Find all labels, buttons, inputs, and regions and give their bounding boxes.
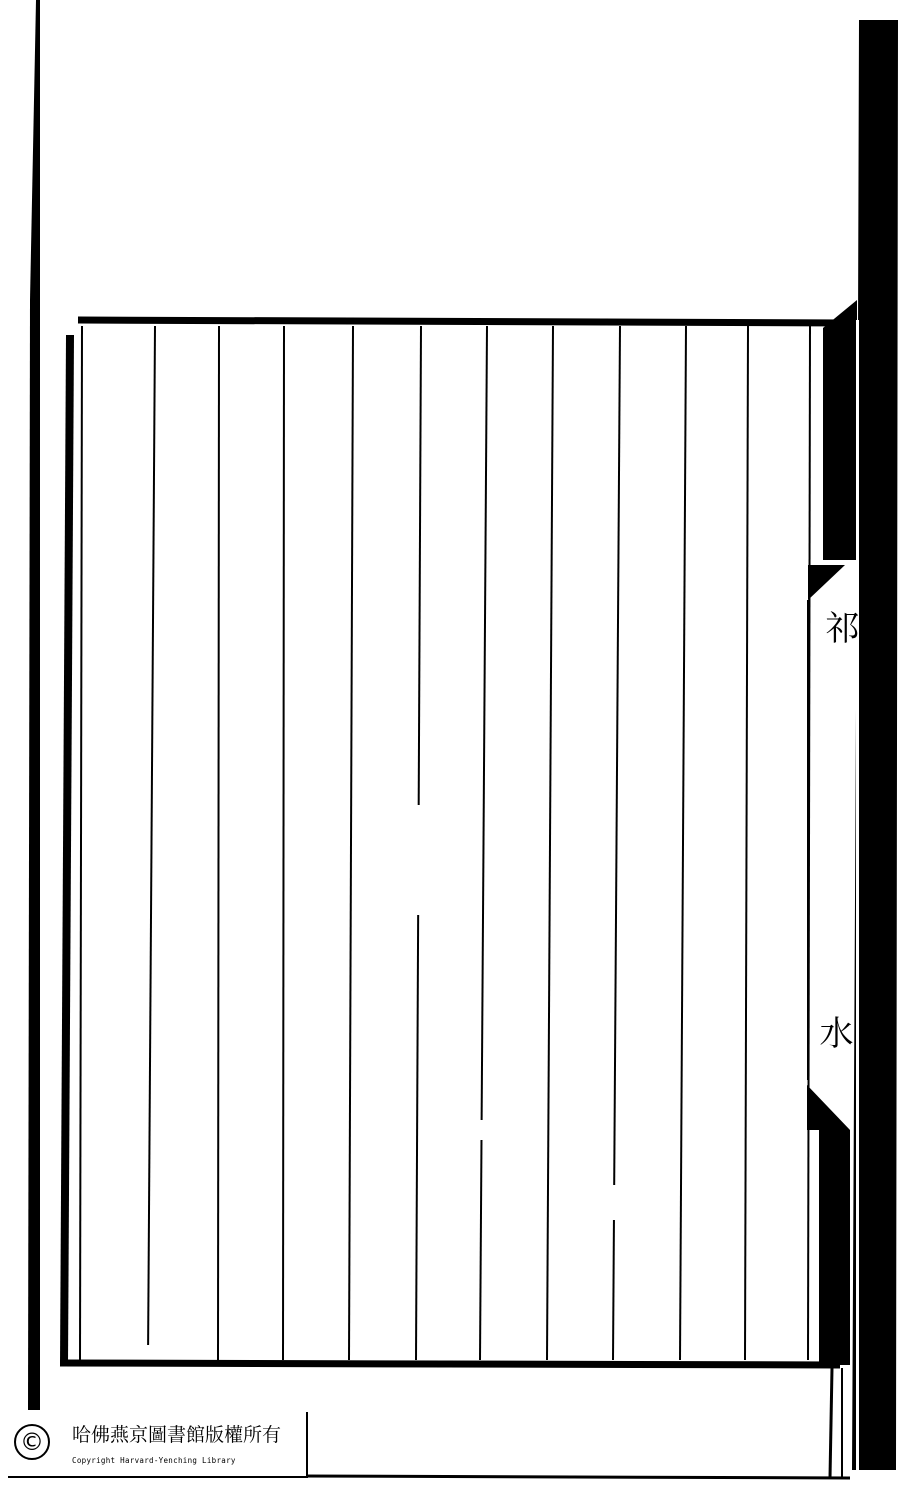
fold-margin-lower <box>300 600 850 1478</box>
fold-label-bottom: 水 <box>816 1015 850 1049</box>
copyright-stamp: © 哈佛燕京圖書館版權所有 Copyright Harvard-Yenching… <box>8 1412 308 1478</box>
copyright-text-chinese: 哈佛燕京圖書館版權所有 <box>72 1420 281 1447</box>
fold-shadow-mid <box>808 565 845 600</box>
left-edge-shadow <box>28 0 40 1410</box>
column-rules <box>148 326 810 1360</box>
copyright-text-english: Copyright Harvard-Yenching Library <box>72 1456 236 1465</box>
fold-shadow-bottom <box>807 1085 850 1365</box>
copyright-icon: © <box>14 1424 50 1460</box>
fold-label-top: 祁 <box>822 610 856 644</box>
scanned-page <box>0 0 900 1485</box>
page-frame <box>60 320 848 1365</box>
fold-shadow-top <box>823 300 857 560</box>
